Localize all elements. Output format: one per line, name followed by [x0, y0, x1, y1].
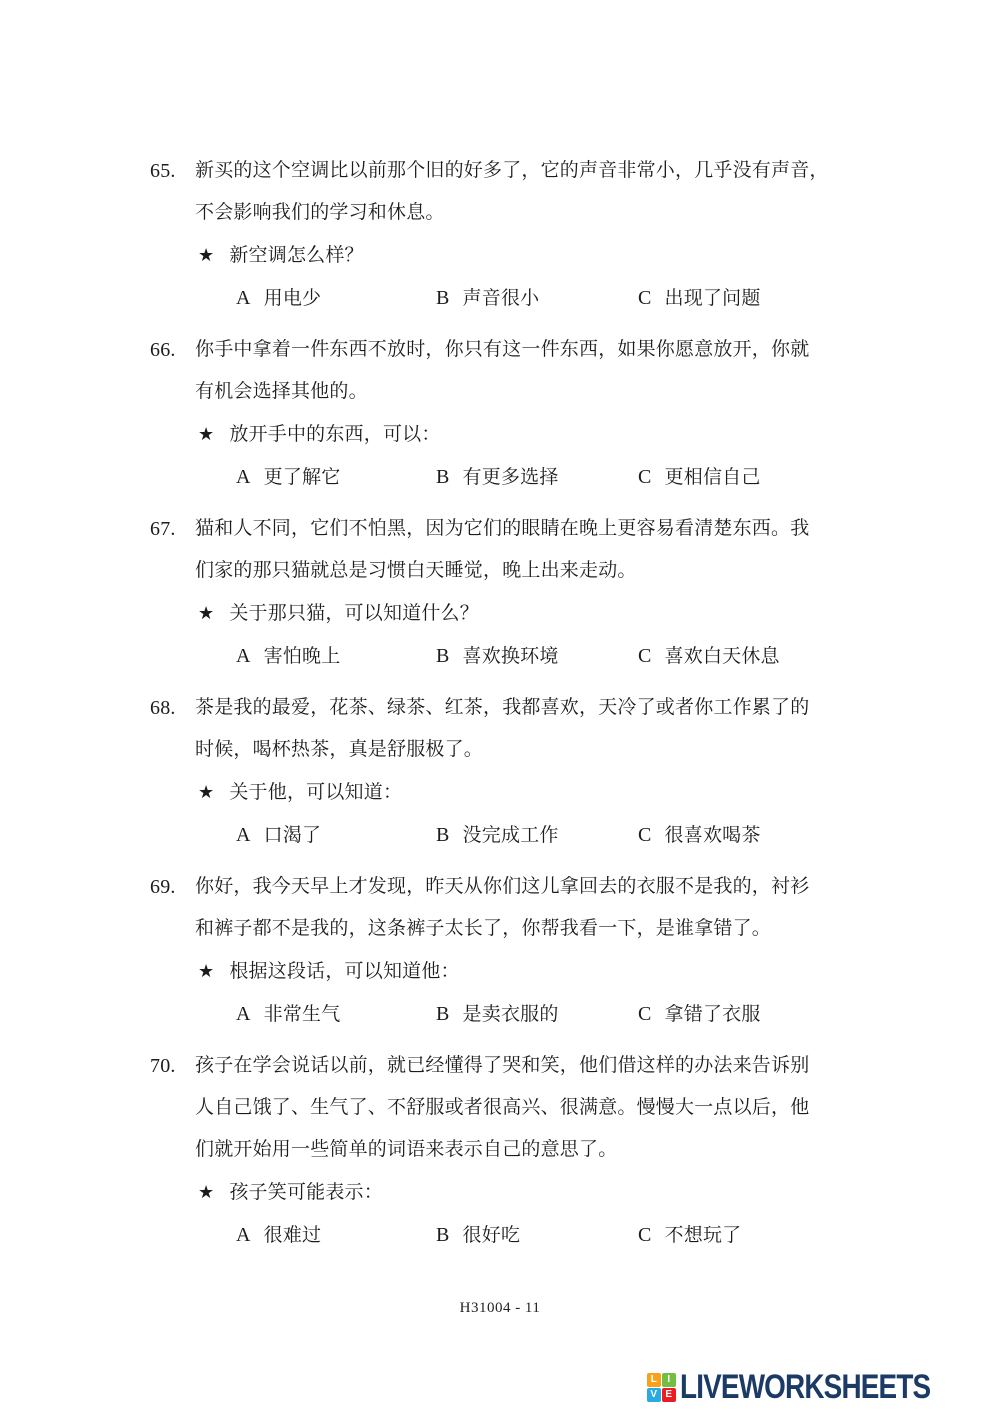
- option-a[interactable]: A很难过: [236, 1214, 436, 1257]
- options-row: A很难过 B很好吃 C不想玩了: [236, 1214, 880, 1257]
- option-letter: B: [436, 1003, 450, 1025]
- question-prompt: 关于他，可以知道：: [229, 772, 402, 814]
- logo-square-e: E: [662, 1388, 676, 1402]
- option-letter: A: [236, 466, 251, 488]
- option-letter: B: [436, 287, 450, 309]
- option-a[interactable]: A口渴了: [236, 814, 436, 857]
- option-letter: B: [436, 824, 450, 846]
- prompt-row: ★ 根据这段话，可以知道他：: [198, 950, 880, 993]
- prompt-row: ★ 新空调怎么样？: [198, 234, 880, 277]
- option-text: 拿错了衣服: [665, 1004, 761, 1025]
- option-text: 声音很小: [463, 288, 540, 309]
- passage-first-line-row: 65. 新买的这个空调比以前那个旧的好多了，它的声音非常小，几乎没有声音，: [150, 150, 880, 192]
- question-prompt: 孩子笑可能表示：: [229, 1172, 383, 1214]
- option-letter: C: [638, 824, 652, 846]
- passage-line: 你好，我今天早上才发现，昨天从你们这儿拿回去的衣服不是我的，衬衫: [195, 866, 809, 908]
- passage-first-line-row: 69. 你好，我今天早上才发现，昨天从你们这儿拿回去的衣服不是我的，衬衫: [150, 866, 880, 908]
- question-69: 69. 你好，我今天早上才发现，昨天从你们这儿拿回去的衣服不是我的，衬衫 和裤子…: [150, 866, 880, 1036]
- passage-line: 不会影响我们的学习和休息。: [195, 192, 880, 234]
- passage-line: 们就开始用一些简单的词语来表示自己的意思了。: [195, 1129, 880, 1171]
- option-b[interactable]: B是卖衣服的: [436, 993, 638, 1036]
- page-footer-code: H31004 - 11: [0, 1300, 1000, 1317]
- option-b[interactable]: B喜欢换环境: [436, 635, 638, 678]
- option-text: 很难过: [264, 1225, 322, 1246]
- options-row: A更了解它 B有更多选择 C更相信自己: [236, 456, 880, 499]
- question-prompt: 根据这段话，可以知道他：: [229, 951, 459, 993]
- star-icon: ★: [198, 413, 214, 455]
- option-text: 害怕晚上: [264, 646, 341, 667]
- option-text: 没完成工作: [463, 825, 559, 846]
- passage-line: 和裤子都不是我的，这条裤子太长了，你帮我看一下，是谁拿错了。: [195, 908, 880, 950]
- option-text: 喜欢白天休息: [665, 646, 780, 667]
- option-letter: A: [236, 1003, 251, 1025]
- option-letter: A: [236, 824, 251, 846]
- option-c[interactable]: C拿错了衣服: [638, 993, 761, 1036]
- options-row: A非常生气 B是卖衣服的 C拿错了衣服: [236, 993, 880, 1036]
- option-text: 很喜欢喝茶: [665, 825, 761, 846]
- option-text: 出现了问题: [665, 288, 761, 309]
- star-icon: ★: [198, 592, 214, 634]
- option-b[interactable]: B声音很小: [436, 277, 638, 320]
- question-65: 65. 新买的这个空调比以前那个旧的好多了，它的声音非常小，几乎没有声音， 不会…: [150, 150, 880, 320]
- question-67: 67. 猫和人不同，它们不怕黑，因为它们的眼睛在晚上更容易看清楚东西。我 们家的…: [150, 508, 880, 678]
- star-icon: ★: [198, 1171, 214, 1213]
- passage-line: 新买的这个空调比以前那个旧的好多了，它的声音非常小，几乎没有声音，: [195, 150, 829, 192]
- question-number: 67.: [150, 508, 195, 550]
- passage-first-line-row: 66. 你手中拿着一件东西不放时，你只有这一件东西，如果你愿意放开，你就: [150, 329, 880, 371]
- question-prompt: 关于那只猫，可以知道什么？: [229, 593, 479, 635]
- logo-square-v: V: [647, 1388, 661, 1402]
- passage-line: 有机会选择其他的。: [195, 371, 880, 413]
- star-icon: ★: [198, 950, 214, 992]
- option-letter: C: [638, 645, 652, 667]
- question-number: 66.: [150, 329, 195, 371]
- option-a[interactable]: A用电少: [236, 277, 436, 320]
- option-text: 喜欢换环境: [463, 646, 559, 667]
- option-text: 有更多选择: [463, 467, 559, 488]
- prompt-row: ★ 孩子笑可能表示：: [198, 1171, 880, 1214]
- option-text: 更了解它: [264, 467, 341, 488]
- passage-line: 孩子在学会说话以前，就已经懂得了哭和笑，他们借这样的办法来告诉别: [195, 1045, 809, 1087]
- option-c[interactable]: C更相信自己: [638, 456, 761, 499]
- option-letter: A: [236, 1224, 251, 1246]
- option-c[interactable]: C出现了问题: [638, 277, 761, 320]
- option-a[interactable]: A非常生气: [236, 993, 436, 1036]
- passage-first-line-row: 67. 猫和人不同，它们不怕黑，因为它们的眼睛在晚上更容易看清楚东西。我: [150, 508, 880, 550]
- options-row: A口渴了 B没完成工作 C很喜欢喝茶: [236, 814, 880, 857]
- question-number: 69.: [150, 866, 195, 908]
- option-a[interactable]: A害怕晚上: [236, 635, 436, 678]
- passage-line: 时候，喝杯热茶，真是舒服极了。: [195, 729, 880, 771]
- liveworksheets-logo[interactable]: L I V E LIVEWORKSHEETS: [647, 1368, 985, 1407]
- question-prompt: 新空调怎么样？: [229, 235, 363, 277]
- passage-first-line-row: 70. 孩子在学会说话以前，就已经懂得了哭和笑，他们借这样的办法来告诉别: [150, 1045, 880, 1087]
- question-70: 70. 孩子在学会说话以前，就已经懂得了哭和笑，他们借这样的办法来告诉别 人自己…: [150, 1045, 880, 1257]
- star-icon: ★: [198, 771, 214, 813]
- question-prompt: 放开手中的东西，可以：: [229, 414, 440, 456]
- option-letter: A: [236, 645, 251, 667]
- option-text: 很好吃: [463, 1225, 521, 1246]
- option-letter: B: [436, 1224, 450, 1246]
- passage-line: 你手中拿着一件东西不放时，你只有这一件东西，如果你愿意放开，你就: [195, 329, 809, 371]
- prompt-row: ★ 关于那只猫，可以知道什么？: [198, 592, 880, 635]
- passage-line: 人自己饿了、生气了、不舒服或者很高兴、很满意。慢慢大一点以后，他: [195, 1087, 880, 1129]
- option-letter: C: [638, 287, 652, 309]
- prompt-row: ★ 关于他，可以知道：: [198, 771, 880, 814]
- option-c[interactable]: C不想玩了: [638, 1214, 741, 1257]
- option-a[interactable]: A更了解它: [236, 456, 436, 499]
- option-text: 口渴了: [264, 825, 322, 846]
- question-66: 66. 你手中拿着一件东西不放时，你只有这一件东西，如果你愿意放开，你就 有机会…: [150, 329, 880, 499]
- passage-first-line-row: 68. 茶是我的最爱，花茶、绿茶、红茶，我都喜欢，天冷了或者你工作累了的: [150, 687, 880, 729]
- option-text: 更相信自己: [665, 467, 761, 488]
- question-number: 68.: [150, 687, 195, 729]
- liveworksheets-wordmark: LIVEWORKSHEETS: [680, 1368, 930, 1407]
- option-letter: B: [436, 645, 450, 667]
- logo-square-l: L: [647, 1373, 661, 1387]
- worksheet-body: 65. 新买的这个空调比以前那个旧的好多了，它的声音非常小，几乎没有声音， 不会…: [150, 150, 880, 1266]
- options-row: A用电少 B声音很小 C出现了问题: [236, 277, 880, 320]
- option-b[interactable]: B很好吃: [436, 1214, 638, 1257]
- question-68: 68. 茶是我的最爱，花茶、绿茶、红茶，我都喜欢，天冷了或者你工作累了的 时候，…: [150, 687, 880, 857]
- option-text: 用电少: [264, 288, 322, 309]
- option-c[interactable]: C很喜欢喝茶: [638, 814, 761, 857]
- question-number: 70.: [150, 1045, 195, 1087]
- option-text: 不想玩了: [665, 1225, 742, 1246]
- liveworksheets-logo-squares-icon: L I V E: [647, 1373, 676, 1402]
- option-letter: C: [638, 1224, 652, 1246]
- options-row: A害怕晚上 B喜欢换环境 C喜欢白天休息: [236, 635, 880, 678]
- option-text: 非常生气: [264, 1004, 341, 1025]
- option-letter: C: [638, 466, 652, 488]
- option-letter: B: [436, 466, 450, 488]
- passage-line: 猫和人不同，它们不怕黑，因为它们的眼睛在晚上更容易看清楚东西。我: [195, 508, 809, 550]
- question-number: 65.: [150, 150, 195, 192]
- passage-line: 们家的那只猫就总是习惯白天睡觉，晚上出来走动。: [195, 550, 880, 592]
- logo-square-i: I: [662, 1373, 676, 1387]
- prompt-row: ★ 放开手中的东西，可以：: [198, 413, 880, 456]
- option-c[interactable]: C喜欢白天休息: [638, 635, 780, 678]
- option-letter: C: [638, 1003, 652, 1025]
- star-icon: ★: [198, 234, 214, 276]
- passage-line: 茶是我的最爱，花茶、绿茶、红茶，我都喜欢，天冷了或者你工作累了的: [195, 687, 809, 729]
- option-b[interactable]: B有更多选择: [436, 456, 638, 499]
- option-letter: A: [236, 287, 251, 309]
- option-text: 是卖衣服的: [463, 1004, 559, 1025]
- option-b[interactable]: B没完成工作: [436, 814, 638, 857]
